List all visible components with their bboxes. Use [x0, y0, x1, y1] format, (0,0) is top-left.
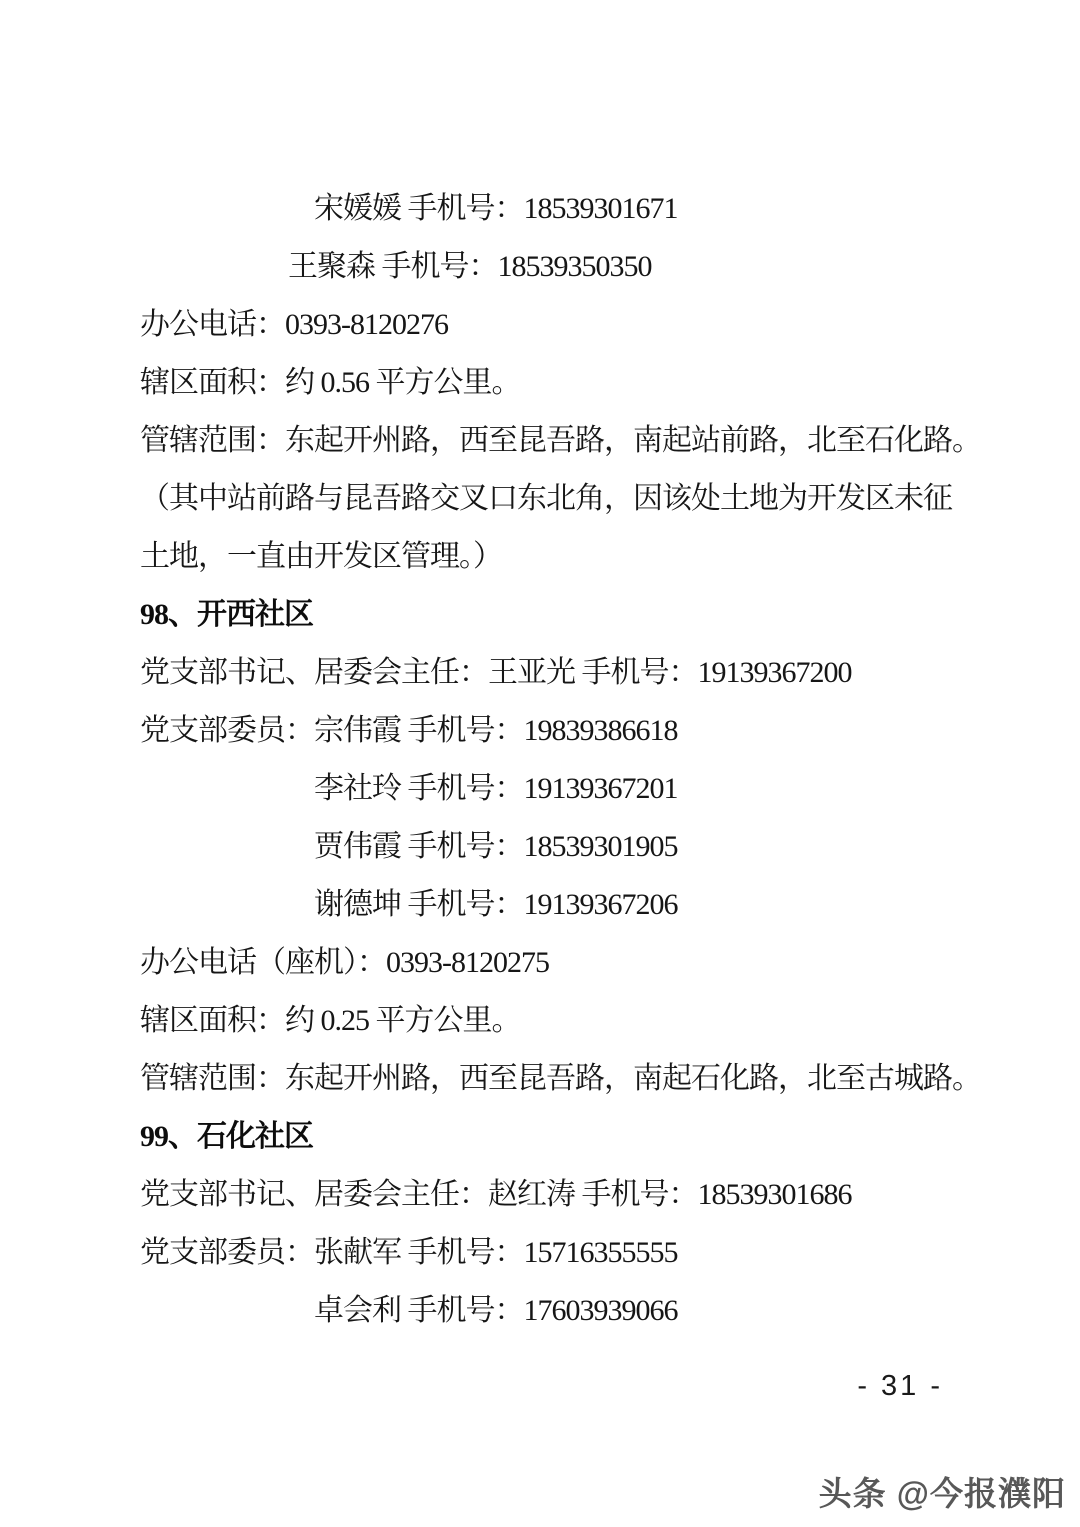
section-heading-99-shihua: 99、石化社区 — [140, 1108, 970, 1166]
jurisdiction-note-line-1: （其中站前路与昆吾路交叉口东北角，因该处土地为开发区未征 — [140, 470, 970, 528]
committee-member-zhuo-huili: 卓会利 手机号：17603939066 — [140, 1282, 970, 1340]
jurisdiction-note-line-2: 土地，一直由开发区管理。） — [140, 528, 970, 586]
committee-member-jia-weixia: 贾伟霞 手机号：18539301905 — [140, 818, 970, 876]
committee-member-wang-jusen: 王聚森 手机号：18539350350 — [140, 238, 970, 296]
document-page: 宋媛媛 手机号：18539301671 王聚森 手机号：18539350350 … — [0, 0, 1080, 1527]
jurisdiction-line-1: 管辖范围：东起开州路，西至昆吾路，南起站前路，北至石化路。 — [140, 412, 970, 470]
area-line-1: 辖区面积：约 0.56 平方公里。 — [140, 354, 970, 412]
section-heading-98-kaixi: 98、开西社区 — [140, 586, 970, 644]
secretary-line-shihua: 党支部书记、居委会主任：赵红涛 手机号：18539301686 — [140, 1166, 970, 1224]
office-phone-line-1: 办公电话：0393-8120276 — [140, 296, 970, 354]
committee-member-song-yuanyuan: 宋媛媛 手机号：18539301671 — [140, 180, 970, 238]
secretary-line-kaixi: 党支部书记、居委会主任：王亚光 手机号：19139367200 — [140, 644, 970, 702]
office-phone-line-kaixi: 办公电话（座机）：0393-8120275 — [140, 934, 970, 992]
jurisdiction-line-kaixi: 管辖范围：东起开州路，西至昆吾路，南起石化路，北至古城路。 — [140, 1050, 970, 1108]
document-body: 宋媛媛 手机号：18539301671 王聚森 手机号：18539350350 … — [140, 180, 970, 1340]
committee-member-xie-dekun: 谢德坤 手机号：19139367206 — [140, 876, 970, 934]
committee-members-line-kaixi: 党支部委员：宗伟霞 手机号：19839386618 — [140, 702, 970, 760]
toutiao-watermark: 头条 @今报濮阳 — [819, 1468, 1066, 1515]
committee-members-line-shihua: 党支部委员：张献军 手机号：15716355555 — [140, 1224, 970, 1282]
page-number: - 31 - — [857, 1370, 943, 1403]
area-line-kaixi: 辖区面积：约 0.25 平方公里。 — [140, 992, 970, 1050]
committee-member-li-sheling: 李社玲 手机号：19139367201 — [140, 760, 970, 818]
